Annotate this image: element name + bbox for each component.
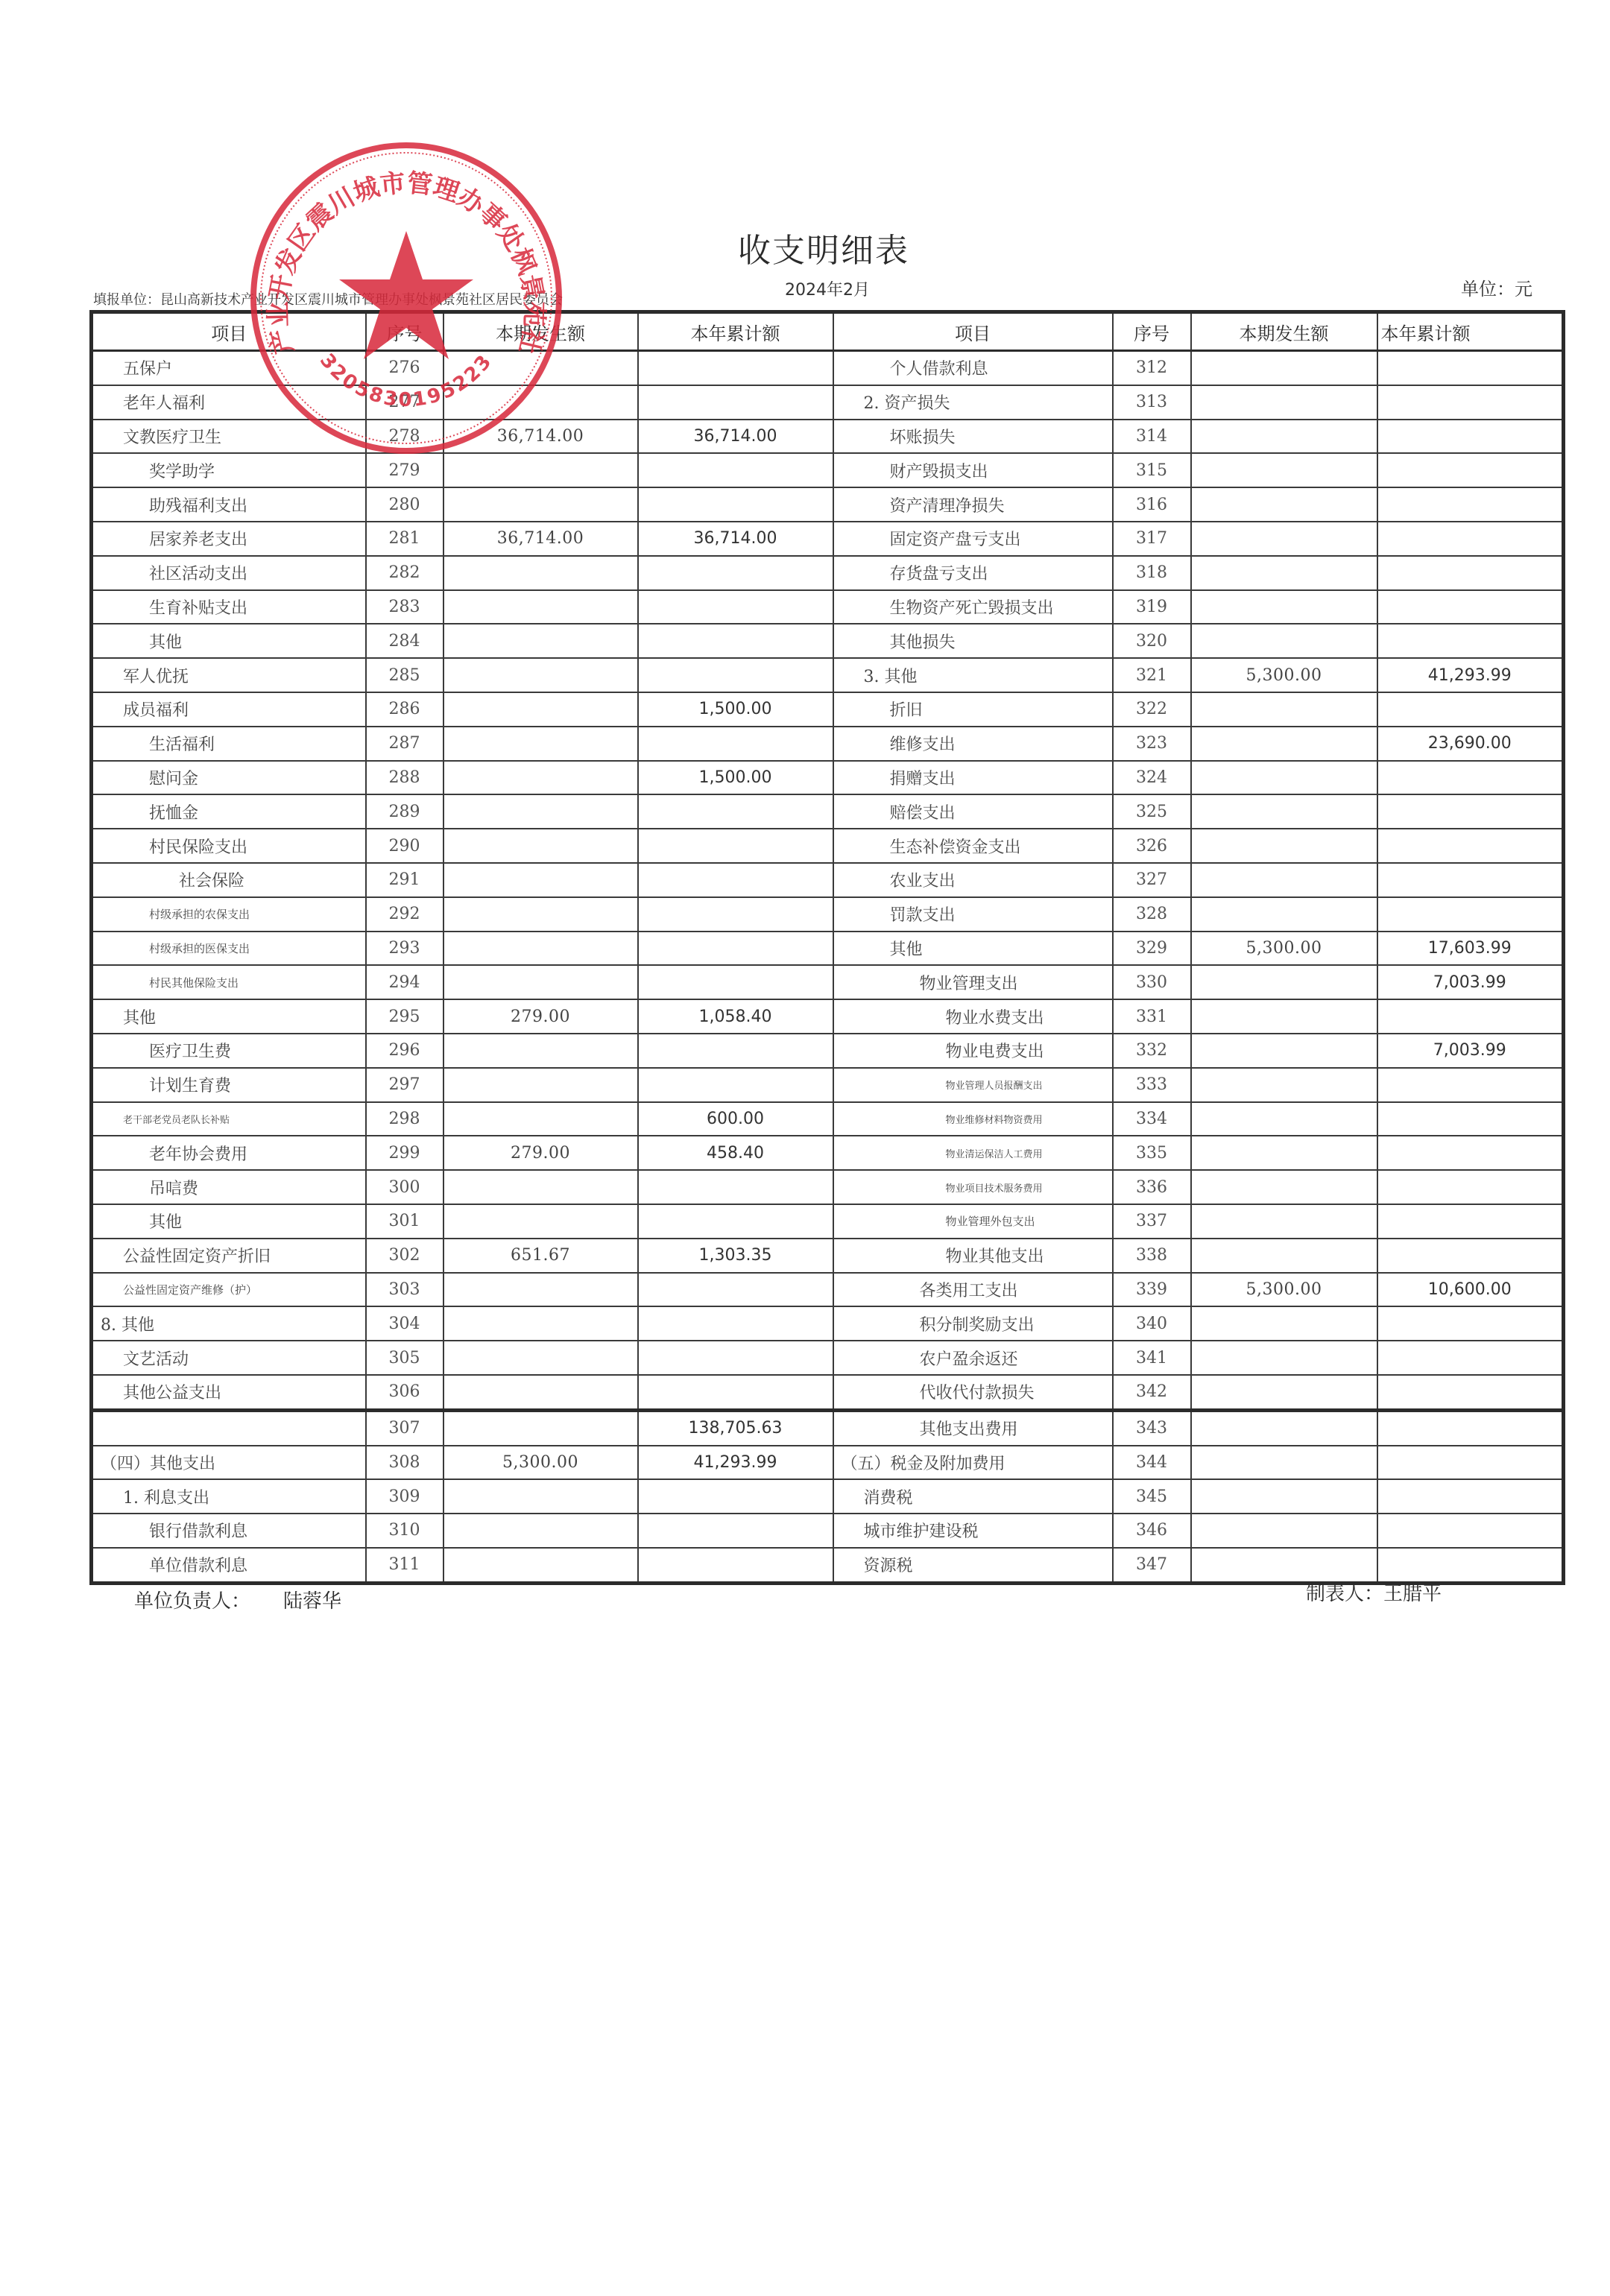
row-current-amount bbox=[443, 1102, 638, 1136]
row-current-amount bbox=[1191, 1102, 1377, 1136]
table-row: 村民其他保险支出294物业管理支出3307,003.99 bbox=[92, 965, 1564, 999]
header-current-right: 本期发生额 bbox=[1191, 312, 1377, 351]
row-number: 312 bbox=[1113, 351, 1191, 385]
row-number: 284 bbox=[366, 624, 443, 658]
row-current-amount bbox=[1191, 1446, 1377, 1480]
row-number: 325 bbox=[1113, 794, 1191, 829]
header-no-right: 序号 bbox=[1113, 312, 1191, 351]
report-title: 收支明细表 bbox=[0, 224, 1610, 271]
row-item-label: 生物资产死亡毁损支出 bbox=[833, 590, 1113, 624]
row-ytd-amount: 600.00 bbox=[638, 1102, 833, 1136]
currency-unit: 单位：元 bbox=[1461, 274, 1532, 300]
row-current-amount bbox=[1191, 1204, 1377, 1239]
table-row: 成员福利2861,500.00折旧322 bbox=[92, 692, 1564, 727]
row-ytd-amount bbox=[638, 829, 833, 863]
row-current-amount bbox=[443, 965, 638, 999]
table-row: 村级承担的医保支出293其他3295,300.0017,603.99 bbox=[92, 932, 1564, 966]
row-current-amount bbox=[1191, 761, 1377, 795]
row-current-amount: 279.00 bbox=[443, 999, 638, 1034]
row-number: 302 bbox=[366, 1239, 443, 1273]
row-ytd-amount bbox=[1377, 1102, 1564, 1136]
row-ytd-amount: 17,603.99 bbox=[1377, 932, 1564, 966]
row-current-amount bbox=[443, 590, 638, 624]
row-ytd-amount bbox=[1377, 1204, 1564, 1239]
row-number: 297 bbox=[366, 1068, 443, 1102]
row-ytd-amount bbox=[1377, 692, 1564, 727]
row-ytd-amount bbox=[638, 658, 833, 692]
table-row: 抚恤金289赔偿支出325 bbox=[92, 794, 1564, 829]
row-item-label: 代收代付款损失 bbox=[833, 1375, 1113, 1410]
row-number: 319 bbox=[1113, 590, 1191, 624]
row-item-label: 消费税 bbox=[833, 1479, 1113, 1514]
row-item-label: 物业管理外包支出 bbox=[833, 1204, 1113, 1239]
row-item-label: 其他 bbox=[92, 999, 366, 1034]
row-ytd-amount bbox=[1377, 829, 1564, 863]
row-number: 322 bbox=[1113, 692, 1191, 727]
row-item-label: 物业电费支出 bbox=[833, 1034, 1113, 1068]
row-current-amount bbox=[443, 692, 638, 727]
table-row: 银行借款利息310城市维护建设税346 bbox=[92, 1514, 1564, 1548]
row-number: 299 bbox=[366, 1136, 443, 1170]
row-current-amount bbox=[1191, 1306, 1377, 1341]
row-item-label: 捐赠支出 bbox=[833, 761, 1113, 795]
header-item-right: 项目 bbox=[833, 312, 1113, 351]
row-number: 282 bbox=[366, 556, 443, 590]
table-row: 1. 利息支出309消费税345 bbox=[92, 1479, 1564, 1514]
row-item-label: 计划生育费 bbox=[92, 1068, 366, 1102]
table-row: 其他公益支出306代收代付款损失342 bbox=[92, 1375, 1564, 1410]
row-current-amount bbox=[443, 897, 638, 932]
row-item-label: 奖学助学 bbox=[92, 453, 366, 487]
row-item-label: 其他公益支出 bbox=[92, 1375, 366, 1410]
row-current-amount bbox=[443, 385, 638, 420]
row-item-label: 村级承担的农保支出 bbox=[92, 897, 366, 932]
row-ytd-amount bbox=[1377, 1514, 1564, 1548]
row-number: 307 bbox=[366, 1410, 443, 1445]
row-item-label: 1. 利息支出 bbox=[92, 1479, 366, 1514]
row-number: 331 bbox=[1113, 999, 1191, 1034]
table-row: 慰问金2881,500.00捐赠支出324 bbox=[92, 761, 1564, 795]
row-number: 290 bbox=[366, 829, 443, 863]
row-item-label: 银行借款利息 bbox=[92, 1514, 366, 1548]
row-current-amount bbox=[443, 829, 638, 863]
row-ytd-amount bbox=[1377, 1410, 1564, 1445]
row-number: 335 bbox=[1113, 1136, 1191, 1170]
table-row: 生育补贴支出283生物资产死亡毁损支出319 bbox=[92, 590, 1564, 624]
row-number: 329 bbox=[1113, 932, 1191, 966]
row-ytd-amount: 458.40 bbox=[638, 1136, 833, 1170]
table-row: 计划生育费297物业管理人员报酬支出333 bbox=[92, 1068, 1564, 1102]
table-row: 文教医疗卫生27836,714.0036,714.00坏账损失314 bbox=[92, 420, 1564, 454]
row-current-amount bbox=[1191, 590, 1377, 624]
row-number: 292 bbox=[366, 897, 443, 932]
row-number: 305 bbox=[366, 1341, 443, 1375]
table-row: 文艺活动305农户盈余返还341 bbox=[92, 1341, 1564, 1375]
filing-unit: 填报单位：昆山高新技术产业开发区震川城市管理办事处枫景苑社区居民委员会 bbox=[93, 289, 563, 309]
row-number: 342 bbox=[1113, 1375, 1191, 1410]
row-item-label: 军人优抚 bbox=[92, 658, 366, 692]
table-row: 五保户276个人借款利息312 bbox=[92, 351, 1564, 385]
row-item-label: 3. 其他 bbox=[833, 658, 1113, 692]
row-item-label: 资源税 bbox=[833, 1548, 1113, 1583]
row-number: 341 bbox=[1113, 1341, 1191, 1375]
row-number: 298 bbox=[366, 1102, 443, 1136]
row-current-amount bbox=[1191, 1341, 1377, 1375]
row-ytd-amount bbox=[1377, 1136, 1564, 1170]
row-current-amount bbox=[443, 727, 638, 761]
row-number: 308 bbox=[366, 1446, 443, 1480]
table-row: 老干部老党员老队长补贴298600.00物业维修材料物资费用334 bbox=[92, 1102, 1564, 1136]
row-number: 309 bbox=[366, 1479, 443, 1514]
row-ytd-amount bbox=[638, 965, 833, 999]
row-number: 315 bbox=[1113, 453, 1191, 487]
row-item-label: 老干部老党员老队长补贴 bbox=[92, 1102, 366, 1136]
row-item-label: 其他 bbox=[92, 1204, 366, 1239]
row-current-amount bbox=[443, 794, 638, 829]
row-current-amount: 279.00 bbox=[443, 1136, 638, 1170]
row-number: 330 bbox=[1113, 965, 1191, 999]
row-item-label: 老年人福利 bbox=[92, 385, 366, 420]
row-ytd-amount bbox=[638, 1034, 833, 1068]
row-current-amount: 5,300.00 bbox=[443, 1446, 638, 1480]
row-ytd-amount: 36,714.00 bbox=[638, 420, 833, 454]
row-number: 296 bbox=[366, 1034, 443, 1068]
row-number: 303 bbox=[366, 1273, 443, 1307]
row-ytd-amount: 1,303.35 bbox=[638, 1239, 833, 1273]
table-row: 老年人福利2772. 资产损失313 bbox=[92, 385, 1564, 420]
table-row: 助残福利支出280资产清理净损失316 bbox=[92, 487, 1564, 522]
row-number: 344 bbox=[1113, 1446, 1191, 1480]
row-current-amount bbox=[1191, 1170, 1377, 1204]
row-current-amount bbox=[443, 1548, 638, 1583]
header-ytd-left: 本年累计额 bbox=[638, 312, 833, 351]
table-row: 公益性固定资产折旧302651.671,303.35物业其他支出338 bbox=[92, 1239, 1564, 1273]
row-ytd-amount: 36,714.00 bbox=[638, 522, 833, 556]
row-current-amount bbox=[443, 1479, 638, 1514]
row-current-amount bbox=[1191, 1239, 1377, 1273]
row-current-amount bbox=[1191, 522, 1377, 556]
row-item-label: 积分制奖励支出 bbox=[833, 1306, 1113, 1341]
row-item-label: 抚恤金 bbox=[92, 794, 366, 829]
row-item-label: 物业维修材料物资费用 bbox=[833, 1102, 1113, 1136]
row-number: 280 bbox=[366, 487, 443, 522]
table-row: （四）其他支出3085,300.0041,293.99（五）税金及附加费用344 bbox=[92, 1446, 1564, 1480]
row-item-label: 其他支出费用 bbox=[833, 1410, 1113, 1445]
row-current-amount bbox=[1191, 965, 1377, 999]
row-ytd-amount: 23,690.00 bbox=[1377, 727, 1564, 761]
row-item-label: 维修支出 bbox=[833, 727, 1113, 761]
row-number: 323 bbox=[1113, 727, 1191, 761]
row-current-amount bbox=[443, 863, 638, 897]
row-number: 295 bbox=[366, 999, 443, 1034]
row-current-amount bbox=[1191, 385, 1377, 420]
row-item-label: 其他 bbox=[833, 932, 1113, 966]
row-item-label: 慰问金 bbox=[92, 761, 366, 795]
row-ytd-amount: 7,003.99 bbox=[1377, 1034, 1564, 1068]
row-ytd-amount bbox=[638, 1548, 833, 1583]
row-ytd-amount bbox=[638, 1204, 833, 1239]
row-current-amount bbox=[1191, 794, 1377, 829]
row-current-amount bbox=[1191, 1034, 1377, 1068]
row-item-label: 老年协会费用 bbox=[92, 1136, 366, 1170]
row-item-label: 村民其他保险支出 bbox=[92, 965, 366, 999]
row-item-label: 社会保险 bbox=[92, 863, 366, 897]
table-row: 居家养老支出28136,714.0036,714.00固定资产盘亏支出317 bbox=[92, 522, 1564, 556]
row-current-amount bbox=[1191, 487, 1377, 522]
row-current-amount bbox=[443, 351, 638, 385]
row-number: 318 bbox=[1113, 556, 1191, 590]
row-item-label: 村民保险支出 bbox=[92, 829, 366, 863]
row-number: 285 bbox=[366, 658, 443, 692]
table-row: 其他295279.001,058.40物业水费支出331 bbox=[92, 999, 1564, 1034]
row-ytd-amount bbox=[1377, 1306, 1564, 1341]
row-number: 291 bbox=[366, 863, 443, 897]
row-ytd-amount bbox=[638, 1479, 833, 1514]
row-item-label: 坏账损失 bbox=[833, 420, 1113, 454]
row-ytd-amount: 1,500.00 bbox=[638, 692, 833, 727]
row-item-label: 农户盈余返还 bbox=[833, 1341, 1113, 1375]
row-ytd-amount bbox=[638, 556, 833, 590]
row-item-label: 成员福利 bbox=[92, 692, 366, 727]
row-number: 306 bbox=[366, 1375, 443, 1410]
row-ytd-amount bbox=[1377, 1170, 1564, 1204]
row-number: 289 bbox=[366, 794, 443, 829]
row-number: 339 bbox=[1113, 1273, 1191, 1307]
row-number: 277 bbox=[366, 385, 443, 420]
row-ytd-amount: 138,705.63 bbox=[638, 1410, 833, 1445]
row-current-amount bbox=[1191, 1068, 1377, 1102]
row-number: 286 bbox=[366, 692, 443, 727]
row-item-label: 五保户 bbox=[92, 351, 366, 385]
row-number: 328 bbox=[1113, 897, 1191, 932]
row-item-label: 2. 资产损失 bbox=[833, 385, 1113, 420]
row-item-label: 其他损失 bbox=[833, 624, 1113, 658]
row-ytd-amount: 1,500.00 bbox=[638, 761, 833, 795]
row-number: 301 bbox=[366, 1204, 443, 1239]
header-ytd-right: 本年累计额 bbox=[1377, 312, 1564, 351]
row-number: 311 bbox=[366, 1548, 443, 1583]
table-row: 军人优抚2853. 其他3215,300.0041,293.99 bbox=[92, 658, 1564, 692]
row-item-label: 农业支出 bbox=[833, 863, 1113, 897]
row-item-label: 城市维护建设税 bbox=[833, 1514, 1113, 1548]
row-ytd-amount bbox=[1377, 1446, 1564, 1480]
row-item-label: 社区活动支出 bbox=[92, 556, 366, 590]
row-number: 324 bbox=[1113, 761, 1191, 795]
row-number: 281 bbox=[366, 522, 443, 556]
row-ytd-amount: 10,600.00 bbox=[1377, 1273, 1564, 1307]
row-ytd-amount bbox=[1377, 487, 1564, 522]
row-number: 293 bbox=[366, 932, 443, 966]
row-current-amount bbox=[1191, 999, 1377, 1034]
row-ytd-amount bbox=[1377, 351, 1564, 385]
table-row: 社会保险291农业支出327 bbox=[92, 863, 1564, 897]
row-current-amount bbox=[443, 932, 638, 966]
row-number: 294 bbox=[366, 965, 443, 999]
row-ytd-amount bbox=[1377, 897, 1564, 932]
row-item-label: 文教医疗卫生 bbox=[92, 420, 366, 454]
header-current-left: 本期发生额 bbox=[443, 312, 638, 351]
row-ytd-amount bbox=[1377, 1068, 1564, 1102]
row-number: 287 bbox=[366, 727, 443, 761]
row-current-amount bbox=[443, 453, 638, 487]
row-current-amount: 651.67 bbox=[443, 1239, 638, 1273]
row-item-label: 吊唁费 bbox=[92, 1170, 366, 1204]
row-item-label: 存货盘亏支出 bbox=[833, 556, 1113, 590]
row-current-amount bbox=[443, 556, 638, 590]
row-number: 340 bbox=[1113, 1306, 1191, 1341]
row-item-label: 固定资产盘亏支出 bbox=[833, 522, 1113, 556]
table-row: 其他301物业管理外包支出337 bbox=[92, 1204, 1564, 1239]
row-item-label: 赔偿支出 bbox=[833, 794, 1113, 829]
row-item-label: （四）其他支出 bbox=[92, 1446, 366, 1480]
row-item-label: 村级承担的医保支出 bbox=[92, 932, 366, 966]
report-period: 2024年2月 bbox=[745, 277, 909, 300]
table-row: 奖学助学279财产毁损支出315 bbox=[92, 453, 1564, 487]
row-item-label: 罚款支出 bbox=[833, 897, 1113, 932]
row-current-amount bbox=[1191, 1136, 1377, 1170]
row-item-label: 物业水费支出 bbox=[833, 999, 1113, 1034]
row-number: 321 bbox=[1113, 658, 1191, 692]
row-item-label: 财产毁损支出 bbox=[833, 453, 1113, 487]
row-current-amount bbox=[443, 1170, 638, 1204]
row-ytd-amount: 7,003.99 bbox=[1377, 965, 1564, 999]
row-current-amount bbox=[1191, 1410, 1377, 1445]
row-ytd-amount bbox=[1377, 453, 1564, 487]
row-ytd-amount bbox=[638, 794, 833, 829]
table-row: 8. 其他304积分制奖励支出340 bbox=[92, 1306, 1564, 1341]
header-no-left: 序号 bbox=[366, 312, 443, 351]
row-item-label: 各类用工支出 bbox=[833, 1273, 1113, 1307]
row-number: 279 bbox=[366, 453, 443, 487]
row-current-amount bbox=[1191, 1514, 1377, 1548]
row-number: 334 bbox=[1113, 1102, 1191, 1136]
row-ytd-amount bbox=[1377, 420, 1564, 454]
row-number: 283 bbox=[366, 590, 443, 624]
row-current-amount bbox=[1191, 556, 1377, 590]
row-number: 317 bbox=[1113, 522, 1191, 556]
table-row: 吊唁费300物业项目技术服务费用336 bbox=[92, 1170, 1564, 1204]
row-item-label: 折旧 bbox=[833, 692, 1113, 727]
row-number: 338 bbox=[1113, 1239, 1191, 1273]
row-ytd-amount bbox=[638, 1170, 833, 1204]
row-ytd-amount bbox=[638, 1306, 833, 1341]
row-item-label: 文艺活动 bbox=[92, 1341, 366, 1375]
row-item-label: 物业项目技术服务费用 bbox=[833, 1170, 1113, 1204]
row-item-label: 助残福利支出 bbox=[92, 487, 366, 522]
row-ytd-amount bbox=[638, 897, 833, 932]
row-ytd-amount bbox=[1377, 1239, 1564, 1273]
row-ytd-amount bbox=[638, 727, 833, 761]
preparer: 制表人：王腊平 bbox=[1306, 1578, 1442, 1606]
row-item-label: 物业清运保洁人工费用 bbox=[833, 1136, 1113, 1170]
row-item-label: 其他 bbox=[92, 624, 366, 658]
table-body: 五保户276个人借款利息312老年人福利2772. 资产损失313文教医疗卫生2… bbox=[92, 351, 1564, 1584]
row-item-label: 生育补贴支出 bbox=[92, 590, 366, 624]
row-current-amount: 36,714.00 bbox=[443, 420, 638, 454]
row-current-amount bbox=[443, 761, 638, 795]
row-ytd-amount bbox=[638, 1514, 833, 1548]
table-row: 社区活动支出282存货盘亏支出318 bbox=[92, 556, 1564, 590]
row-current-amount bbox=[1191, 727, 1377, 761]
row-ytd-amount bbox=[1377, 522, 1564, 556]
row-number: 326 bbox=[1113, 829, 1191, 863]
row-number: 346 bbox=[1113, 1514, 1191, 1548]
responsible-name: 陆蓉华 bbox=[283, 1586, 341, 1613]
row-ytd-amount bbox=[1377, 999, 1564, 1034]
row-item-label: 公益性固定资产折旧 bbox=[92, 1239, 366, 1273]
row-current-amount bbox=[443, 658, 638, 692]
row-ytd-amount bbox=[1377, 863, 1564, 897]
row-number: 320 bbox=[1113, 624, 1191, 658]
row-number: 332 bbox=[1113, 1034, 1191, 1068]
row-ytd-amount bbox=[638, 863, 833, 897]
table-row: 307138,705.63其他支出费用343 bbox=[92, 1410, 1564, 1445]
row-number: 327 bbox=[1113, 863, 1191, 897]
row-ytd-amount bbox=[638, 1273, 833, 1307]
row-current-amount bbox=[1191, 351, 1377, 385]
responsible-label: 单位负责人： bbox=[134, 1586, 250, 1613]
row-item-label: 单位借款利息 bbox=[92, 1548, 366, 1583]
row-item-label: 生活福利 bbox=[92, 727, 366, 761]
header-item-left: 项目 bbox=[92, 312, 366, 351]
row-ytd-amount bbox=[638, 590, 833, 624]
row-current-amount bbox=[443, 624, 638, 658]
row-number: 304 bbox=[366, 1306, 443, 1341]
row-item-label: 个人借款利息 bbox=[833, 351, 1113, 385]
row-number: 336 bbox=[1113, 1170, 1191, 1204]
row-current-amount bbox=[443, 1068, 638, 1102]
row-item-label: （五）税金及附加费用 bbox=[833, 1446, 1113, 1480]
row-current-amount: 5,300.00 bbox=[1191, 1273, 1377, 1307]
row-item-label: 生态补偿资金支出 bbox=[833, 829, 1113, 863]
row-current-amount: 5,300.00 bbox=[1191, 658, 1377, 692]
row-current-amount bbox=[443, 1306, 638, 1341]
row-ytd-amount bbox=[1377, 1341, 1564, 1375]
row-ytd-amount: 41,293.99 bbox=[638, 1446, 833, 1480]
row-number: 337 bbox=[1113, 1204, 1191, 1239]
row-current-amount bbox=[443, 1514, 638, 1548]
row-current-amount bbox=[443, 1204, 638, 1239]
row-ytd-amount bbox=[1377, 794, 1564, 829]
row-item-label bbox=[92, 1410, 366, 1445]
row-ytd-amount bbox=[638, 932, 833, 966]
table-row: 生活福利287维修支出32323,690.00 bbox=[92, 727, 1564, 761]
row-number: 316 bbox=[1113, 487, 1191, 522]
row-current-amount bbox=[443, 1341, 638, 1375]
row-ytd-amount: 41,293.99 bbox=[1377, 658, 1564, 692]
row-item-label: 医疗卫生费 bbox=[92, 1034, 366, 1068]
row-number: 314 bbox=[1113, 420, 1191, 454]
row-item-label: 居家养老支出 bbox=[92, 522, 366, 556]
row-current-amount bbox=[1191, 453, 1377, 487]
table-row: 医疗卫生费296物业电费支出3327,003.99 bbox=[92, 1034, 1564, 1068]
row-number: 333 bbox=[1113, 1068, 1191, 1102]
row-ytd-amount bbox=[638, 385, 833, 420]
row-item-label: 8. 其他 bbox=[92, 1306, 366, 1341]
row-ytd-amount bbox=[1377, 761, 1564, 795]
row-item-label: 公益性固定资产维修（护） bbox=[92, 1273, 366, 1307]
row-number: 276 bbox=[366, 351, 443, 385]
row-number: 310 bbox=[366, 1514, 443, 1548]
row-ytd-amount bbox=[1377, 590, 1564, 624]
table-header-row: 项目 序号 本期发生额 本年累计额 项目 序号 本期发生额 本年累计额 bbox=[92, 312, 1564, 351]
row-ytd-amount bbox=[1377, 385, 1564, 420]
row-current-amount: 36,714.00 bbox=[443, 522, 638, 556]
row-ytd-amount bbox=[638, 624, 833, 658]
row-number: 278 bbox=[366, 420, 443, 454]
row-ytd-amount bbox=[638, 487, 833, 522]
row-current-amount bbox=[1191, 829, 1377, 863]
